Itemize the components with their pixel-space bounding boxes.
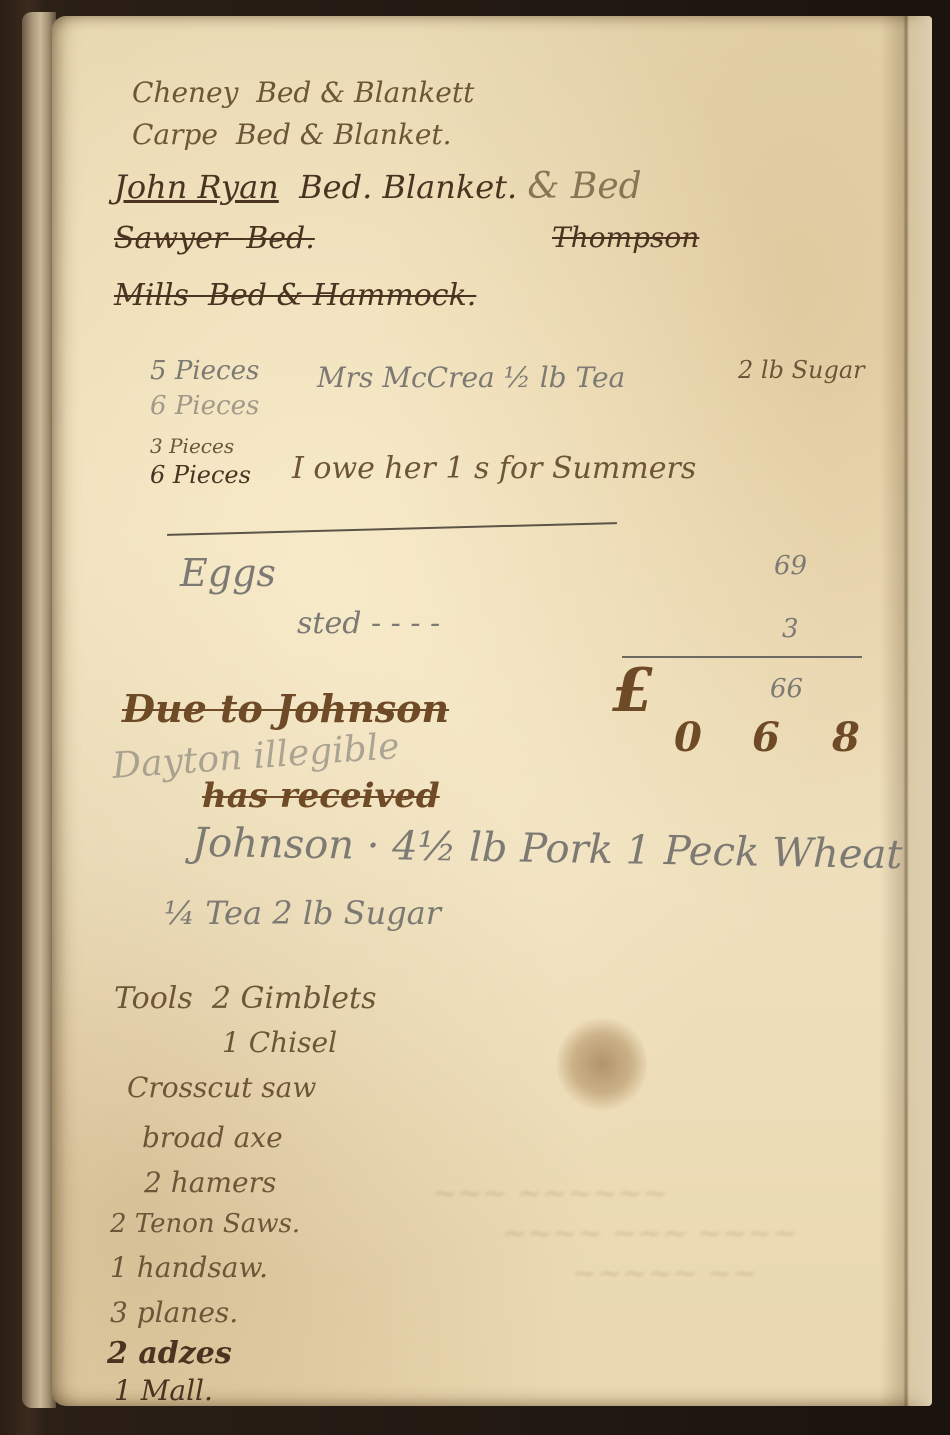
bedding-entry: Sawyer Bed. — [114, 221, 315, 256]
tool-item: 2 Tenon Saws. — [110, 1209, 300, 1239]
pieces-label: Pieces — [175, 391, 260, 421]
manuscript-page: ~~~ ~~~~~~ ~~~~ ~~~ ~~~~ ~~~~~ ~~ Cheney… — [52, 16, 932, 1406]
bedding-item: Bed. Blanket. — [299, 168, 517, 206]
bleed-through-text: ~~~~~ ~~ — [572, 1256, 758, 1291]
amount-pence: 8 — [832, 714, 860, 761]
sum-minus: 3 — [782, 614, 799, 644]
sum-result: 66 — [770, 674, 803, 704]
sum-top: 69 — [774, 551, 807, 581]
bedding-entry: Carpe Bed & Blanket. — [132, 118, 452, 151]
tool-item: 1 Mall. — [114, 1374, 213, 1406]
bedding-item: Bed & Blanket. — [236, 118, 452, 151]
bleed-through-text: ~~~ ~~~~~~ — [432, 1176, 668, 1211]
tool-item: 2 Gimblets — [212, 981, 377, 1016]
eggs-label: Eggs — [180, 551, 276, 595]
pieces-line: 5 Pieces — [150, 356, 259, 386]
owe-note: I owe her 1 s for Summers — [292, 451, 696, 486]
tool-item: 3 planes. — [110, 1296, 238, 1329]
amount-shillings: 6 — [752, 714, 780, 761]
sugar-note: 2 lb Sugar — [738, 356, 865, 384]
ink-stain — [557, 1016, 647, 1112]
bedding-entry: Mills Bed & Hammock. — [114, 278, 476, 313]
tool-item: 1 Chisel — [222, 1026, 337, 1059]
pieces-qty: 6 — [150, 391, 167, 421]
tool-item: Crosscut saw — [127, 1071, 316, 1104]
pieces-qty: 5 — [150, 356, 167, 386]
bleed-through-text: ~~~~ ~~~ ~~~~ — [502, 1216, 798, 1251]
sum-rule — [622, 656, 862, 658]
tool-item: 1 handsaw. — [110, 1251, 268, 1284]
bedding-name: Mills — [114, 278, 189, 313]
has-received-note: has received — [202, 776, 440, 816]
amount-pounds: 0 — [674, 714, 702, 761]
pieces-qty: 6 — [150, 461, 165, 489]
bedding-entry: Cheney Bed & Blankett — [132, 76, 474, 109]
bedding-name: Thompson — [552, 221, 699, 254]
account-dashes: sted - - - - — [297, 606, 440, 641]
bedding-extra: & Bed — [527, 166, 641, 207]
bedding-name: Sawyer — [114, 221, 227, 256]
pencil-note-line2: ¼ Tea 2 lb Sugar — [164, 894, 441, 932]
pieces-line: 3 Pieces — [150, 434, 234, 458]
pieces-line: 6 Pieces — [150, 461, 251, 489]
pencil-note-line1: Johnson · 4½ lb Pork 1 Peck Wheat — [192, 820, 903, 878]
tools-title: Tools 2 Gimblets — [114, 981, 377, 1016]
page-edges — [22, 12, 56, 1408]
sted-word: sted — [297, 606, 361, 641]
bedding-entry-thompson: Thompson — [552, 221, 699, 254]
tools-heading: Tools — [114, 981, 193, 1016]
tool-item: 2 adzes — [107, 1336, 232, 1371]
bedding-name: Cheney — [132, 76, 238, 109]
pieces-label: Pieces — [169, 434, 234, 458]
bedding-name: Carpe — [132, 118, 218, 151]
bedding-entry: John Ryan Bed. Blanket. & Bed — [114, 166, 642, 207]
bedding-item: Bed. — [246, 221, 315, 256]
pieces-qty: 3 — [150, 434, 163, 458]
pieces-line: 6 Pieces — [150, 391, 259, 421]
bedding-item: Bed & Hammock. — [208, 278, 476, 313]
pieces-label: Pieces — [173, 461, 251, 489]
bedding-item: Bed & Blankett — [256, 76, 474, 109]
tool-item: broad axe — [142, 1121, 283, 1154]
pieces-label: Pieces — [175, 356, 260, 386]
pound-sign: £ — [612, 656, 654, 726]
dash-leaders: - - - - — [371, 606, 440, 641]
due-to-johnson-note: Due to Johnson — [122, 686, 449, 731]
tool-item: 2 hamers — [144, 1166, 276, 1199]
divider-line — [167, 522, 617, 536]
mcrea-note: Mrs McCrea ½ lb Tea — [317, 361, 625, 394]
book-gutter — [880, 16, 932, 1406]
bedding-name: John Ryan — [114, 168, 279, 206]
